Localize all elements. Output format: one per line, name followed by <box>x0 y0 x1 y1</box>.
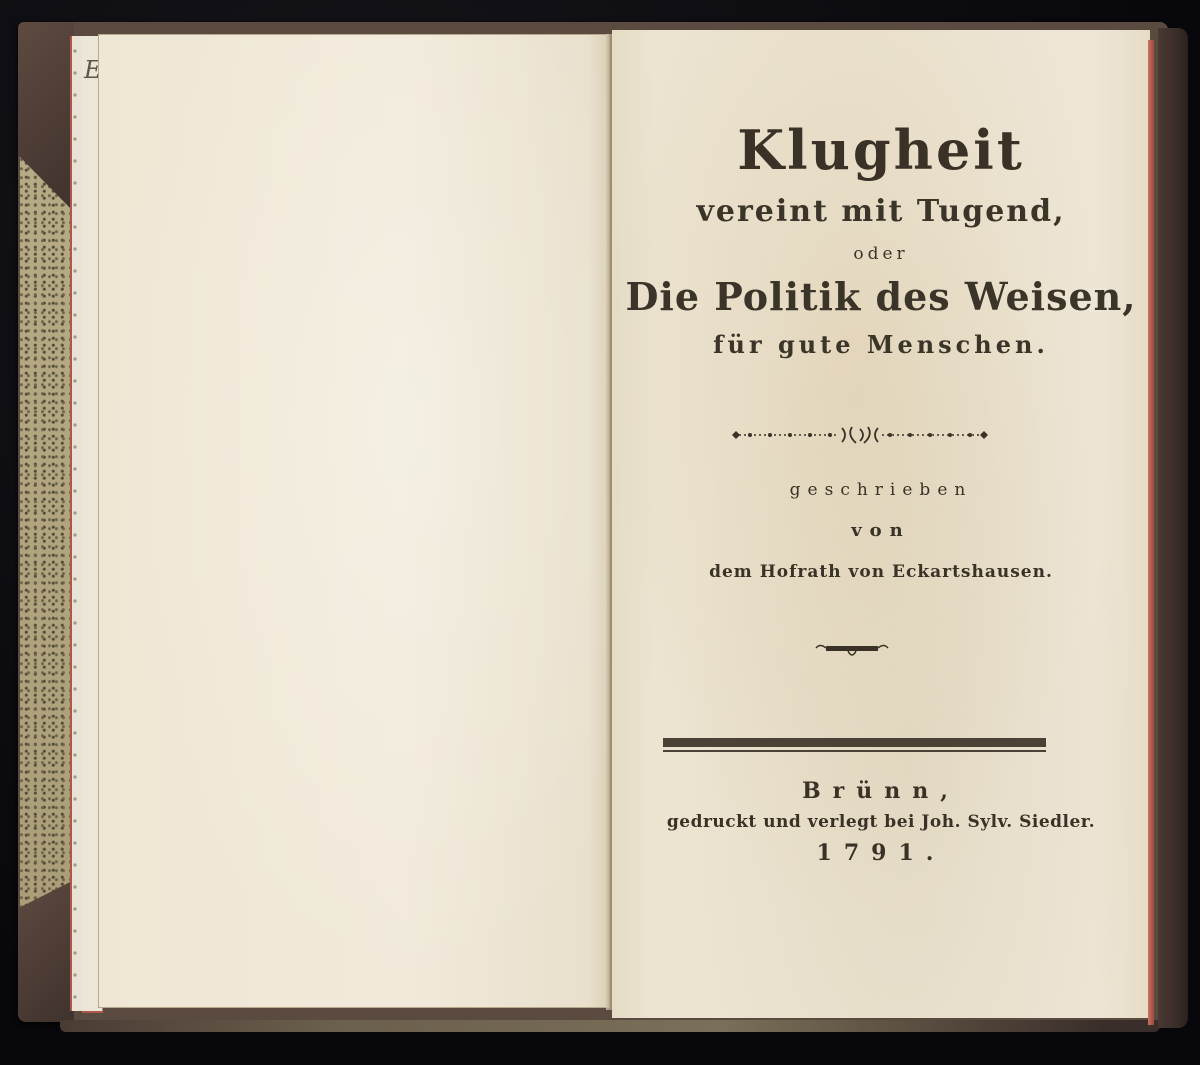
von-label: von <box>612 520 1150 541</box>
title-conjunction: oder <box>612 244 1150 264</box>
written-by-label: geschrieben <box>612 480 1150 500</box>
imprint-year: 1791. <box>612 840 1150 866</box>
small-ornament-icon <box>812 640 892 660</box>
title-block: Klugheit vereint mit Tugend, oder Die Po… <box>612 120 1150 359</box>
book-bottom-edge <box>60 1020 1160 1032</box>
imprint-city: Brünn, <box>612 778 1150 804</box>
title-dedication: für gute Menschen. <box>612 330 1150 359</box>
left-page-blank <box>98 34 610 1008</box>
author-name: dem Hofrath von Eckartshausen. <box>612 562 1150 582</box>
book-right-board <box>1158 28 1188 1028</box>
title-alt: Die Politik des Weisen, <box>612 274 1150 320</box>
ornament-rule-icon <box>730 424 990 446</box>
title-sub: vereint mit Tugend, <box>612 194 1150 230</box>
heavy-rule-divider <box>663 735 1046 755</box>
flyleaf-dot-pattern <box>72 40 78 1000</box>
imprint-printer: gedruckt und verlegt bei Joh. Sylv. Sied… <box>612 812 1150 832</box>
title-main: Klugheit <box>612 120 1150 180</box>
